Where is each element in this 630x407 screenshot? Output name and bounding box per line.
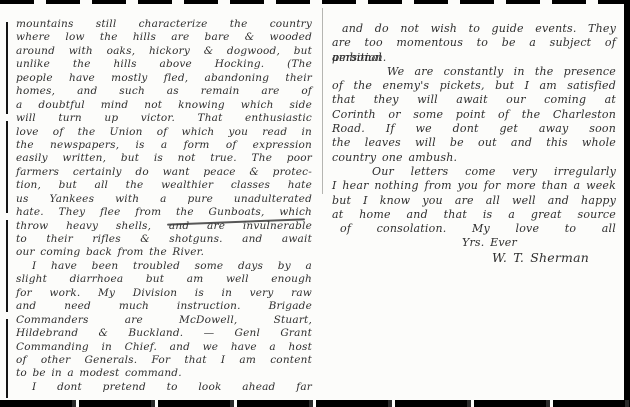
manuscript-line: of consolation. My love to all xyxy=(332,222,616,236)
page-fold-crease xyxy=(322,8,323,194)
manuscript-line: to be in a modest command. xyxy=(16,367,312,380)
manuscript-line: people have mostly fled, abandoning thei… xyxy=(16,72,312,85)
manuscript-line: farmers certainly do want peace & protec… xyxy=(16,166,312,179)
manuscript-line: that they will await our coming at xyxy=(332,93,616,107)
manuscript-line: Hildebrand & Buckland. — Genl Grant xyxy=(16,327,312,340)
manuscript-line: unlike the hills above Hocking. (The xyxy=(16,58,312,71)
scan-border-left xyxy=(6,22,8,398)
manuscript-line: Corinth or some point of the Charleston xyxy=(332,108,616,122)
manuscript-line: are too momentous to be a subject of per… xyxy=(332,36,616,50)
manuscript-line: mountains still characterize the country xyxy=(16,18,312,31)
manuscript-line: will turn up victor. That enthusiastic xyxy=(16,112,312,125)
manuscript-line: the leaves will be out and this whole xyxy=(332,136,616,150)
manuscript-line: the newspapers, is a form of expression xyxy=(16,139,312,152)
manuscript-line: country one ambush. xyxy=(332,151,616,165)
manuscript-line: around with oaks, hickory & dogwood, but xyxy=(16,45,312,58)
manuscript-line: and do not wish to guide events. They xyxy=(332,22,616,36)
manuscript-line: We are constantly in the presence xyxy=(332,65,616,79)
manuscript-line: where low the hills are bare & wooded xyxy=(16,31,312,44)
manuscript-line: to their rifles & shotguns. and await xyxy=(16,233,312,246)
manuscript-line: and need much instruction. Brigade xyxy=(16,300,312,313)
manuscript-line: of the enemy's pickets, but I am satisfi… xyxy=(332,79,616,93)
manuscript-line: Yrs. Ever xyxy=(332,236,616,250)
manuscript-line: for work. My Division is in very raw xyxy=(16,287,312,300)
manuscript-line: ambition. xyxy=(332,51,616,65)
manuscript-line: Our letters come very irregularly xyxy=(332,165,616,179)
manuscript-line: W. T. Sherman xyxy=(332,251,616,265)
manuscript-line: of other Generals. For that I am content xyxy=(16,354,312,367)
manuscript-line: at home and that is a great source xyxy=(332,208,616,222)
manuscript-line: love of the Union of which you read in xyxy=(16,126,312,139)
scan-border-right xyxy=(624,0,630,407)
manuscript-line: I hear nothing from you for more than a … xyxy=(332,179,616,193)
manuscript-line: slight diarrhoea but am well enough xyxy=(16,273,312,286)
manuscript-line: a doubtful mind not knowing which side xyxy=(16,99,312,112)
scan-border-bottom xyxy=(0,400,630,407)
scanned-letter: mountains still characterize the country… xyxy=(0,0,630,407)
manuscript-line: homes, and such as remain are of xyxy=(16,85,312,98)
manuscript-line: I have been troubled some days by a xyxy=(16,260,312,273)
manuscript-line: our coming back from the River. xyxy=(16,246,312,259)
manuscript-line: tion, but all the wealthier classes hate xyxy=(16,179,312,192)
manuscript-line: I dont pretend to look ahead far xyxy=(16,381,312,394)
manuscript-line: Commanding in Chief. and we have a host xyxy=(16,341,312,354)
letter-page-right: and do not wish to guide events. Theyare… xyxy=(332,22,616,265)
scan-border-top xyxy=(0,0,630,4)
manuscript-line: easily written, but is not true. The poo… xyxy=(16,152,312,165)
manuscript-line: Commanders are McDowell, Stuart, xyxy=(16,314,312,327)
manuscript-line: but I know you are all well and happy xyxy=(332,194,616,208)
manuscript-line: Road. If we dont get away soon xyxy=(332,122,616,136)
manuscript-line: hate. They flee from the Gunboats, which xyxy=(16,206,312,219)
manuscript-line: us Yankees with a pure unadulterated xyxy=(16,193,312,206)
letter-page-left: mountains still characterize the country… xyxy=(16,18,312,394)
